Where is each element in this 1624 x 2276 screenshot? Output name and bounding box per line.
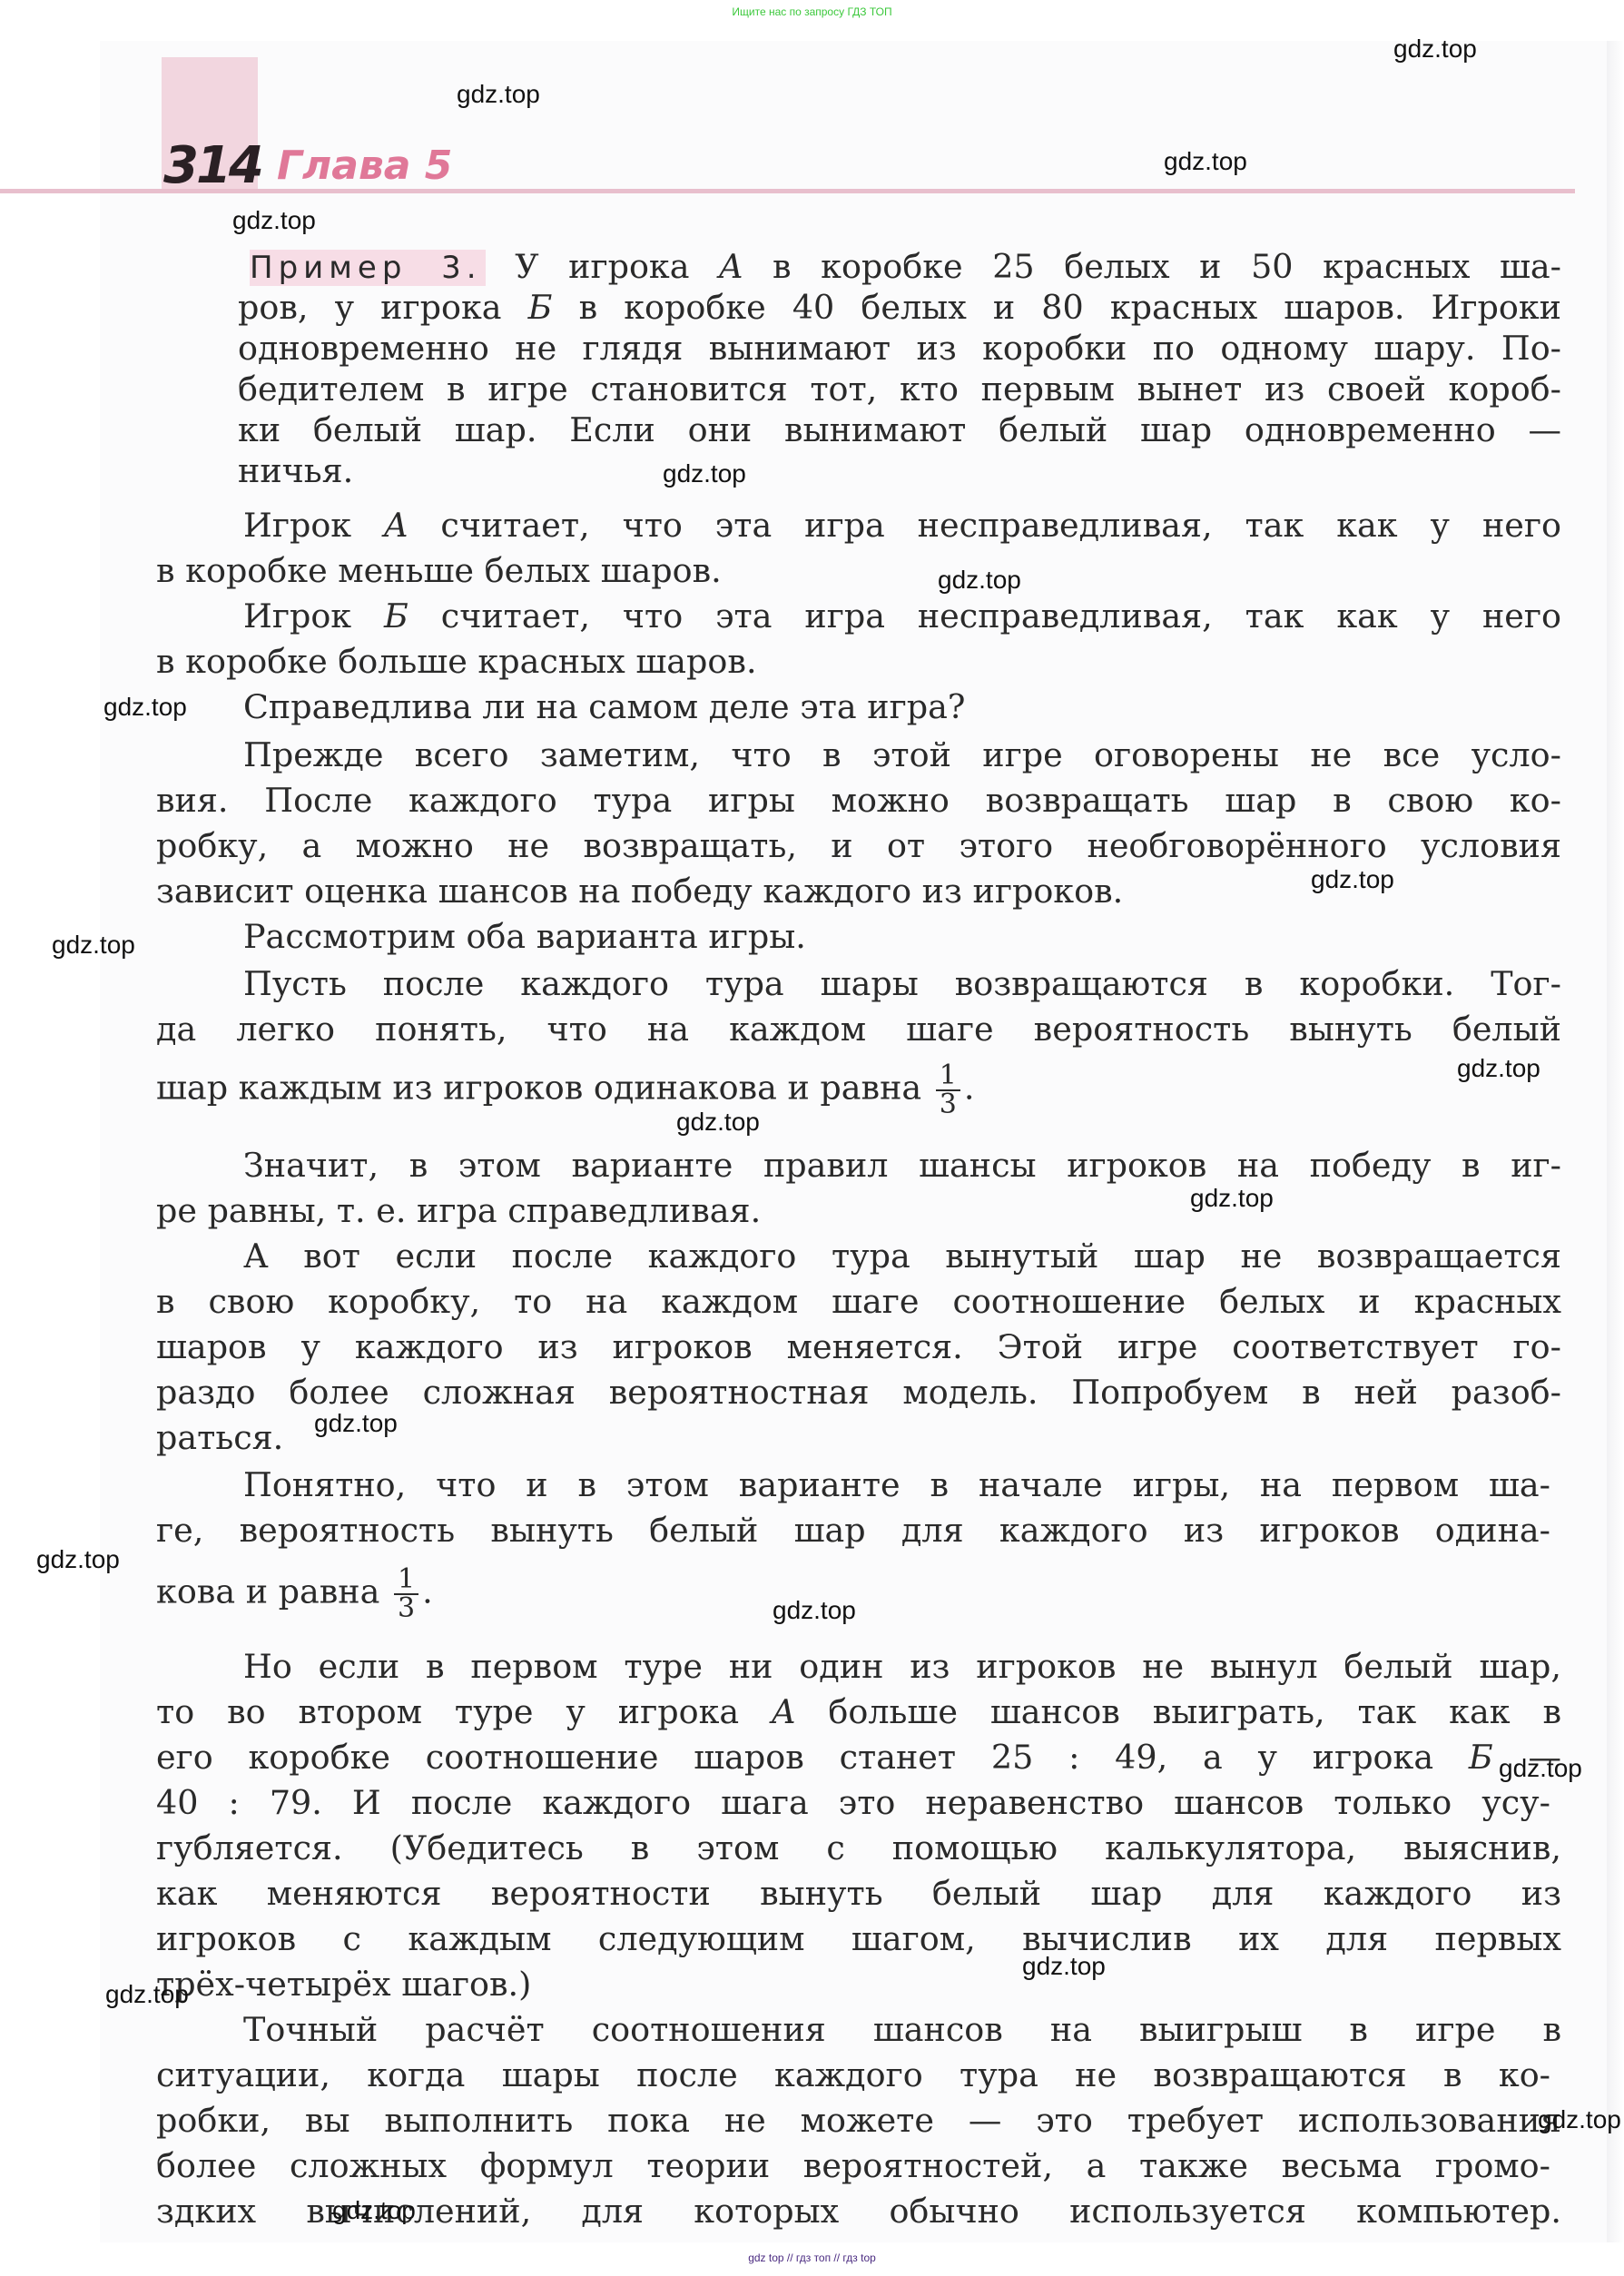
page-edge-shadow — [1607, 41, 1624, 2242]
text-line: шаров у каждого из игроков меняется. Это… — [156, 1325, 1561, 1369]
watermark-label: gdz.top — [1311, 865, 1394, 894]
watermark-label: gdz.top — [314, 1409, 398, 1438]
variable-b: Б — [384, 596, 408, 636]
watermark-label: gdz.top — [52, 931, 135, 960]
watermark-label: gdz.top — [332, 2196, 416, 2225]
watermark-label: gdz.top — [663, 459, 746, 488]
text-line: Значит, в этом варианте правил шансы игр… — [243, 1144, 1561, 1187]
text-span: то во втором туре у игрока — [156, 1692, 739, 1731]
text-line: Рассмотрим оба варианта игры. — [243, 915, 1567, 959]
fraction-numerator: 1 — [936, 1062, 960, 1091]
text-span: ров, у игрока — [238, 288, 502, 327]
text-span: шар каждым из игроков одинакова и равна — [156, 1069, 921, 1108]
text-line: Прежде всего заметим, что в этой игре ог… — [243, 734, 1561, 777]
text-line: Понятно, что и в этом варианте в начале … — [243, 1463, 1550, 1507]
text-line: А вот если после каждого тура вынутый ша… — [243, 1235, 1561, 1278]
watermark-label: gdz.top — [1393, 34, 1477, 64]
text-line: ничья. — [238, 449, 1561, 493]
watermark-label: gdz.top — [676, 1108, 760, 1137]
text-line: то во втором туре у игрока A больше шанс… — [156, 1690, 1561, 1734]
text-line: ре равны, т. е. игра справедливая. — [156, 1189, 1561, 1233]
watermark-label: gdz.top — [105, 1980, 189, 2009]
watermark-label: gdz.top — [1457, 1054, 1540, 1083]
text-line: ге, вероятность вынуть белый шар для каж… — [156, 1509, 1550, 1552]
text-line: 40 : 79. И после каждого шага это нераве… — [156, 1781, 1550, 1825]
text-line: бедителем в игре становится тот, кто пер… — [238, 368, 1561, 411]
text-line: трёх-четырёх шагов.) — [156, 1963, 1561, 2006]
variable-a: A — [719, 247, 743, 286]
text-line: Пусть после каждого тура шары возвращают… — [243, 962, 1561, 1006]
text-line: шар каждым из игроков одинакова и равна … — [156, 1062, 1561, 1118]
fraction-denominator: 3 — [936, 1091, 960, 1118]
bottom-promo-banner[interactable]: gdz top // гдз топ // гдз top — [0, 2251, 1624, 2264]
watermark-label: gdz.top — [938, 566, 1021, 595]
text-line: Игрок A считает, что эта игра несправедл… — [243, 504, 1561, 547]
example-label: Пример 3. — [250, 250, 486, 286]
text-line: его коробке соотношение шаров станет 25 … — [156, 1736, 1561, 1779]
text-span: больше шансов выиграть, так как в — [828, 1692, 1561, 1731]
watermark-label: gdz.top — [1499, 1754, 1582, 1783]
text-line: игроков с каждым следующим шагом, вычисл… — [156, 1917, 1561, 1961]
chapter-title: Глава 5 — [277, 143, 452, 189]
watermark-label: gdz.top — [773, 1596, 856, 1625]
watermark-label: gdz.top — [103, 693, 187, 722]
variable-b: Б — [1469, 1738, 1493, 1777]
text-line: в коробке больше красных шаров. — [156, 640, 1561, 684]
text-line: вия. После каждого тура игры можно возвр… — [156, 779, 1561, 823]
watermark-label: gdz.top — [457, 80, 540, 109]
fraction-denominator: 3 — [394, 1595, 418, 1622]
text-line: Точный расчёт соотношения шансов на выиг… — [243, 2008, 1561, 2052]
fraction-numerator: 1 — [394, 1566, 418, 1595]
text-span: считает, что эта игра несправедливая, та… — [441, 596, 1561, 636]
fraction-one-third: 1 3 — [394, 1566, 418, 1622]
text-line: раздо более сложная вероятностная модель… — [156, 1371, 1561, 1414]
text-span: считает, что эта игра несправедливая, та… — [440, 506, 1561, 545]
text-line: Но если в первом туре ни один из игроков… — [243, 1645, 1561, 1689]
text-span: У игрока — [515, 247, 689, 286]
text-span: Игрок — [243, 596, 351, 636]
text-line: одновременно не глядя вынимают из коробк… — [238, 327, 1561, 370]
text-line: в свою коробку, то на каждом шаге соотно… — [156, 1280, 1561, 1324]
text-line: ки белый шар. Если они вынимают белый ша… — [238, 409, 1561, 452]
text-span: . — [422, 1572, 433, 1611]
text-line: Игрок Б считает, что эта игра несправедл… — [243, 595, 1561, 638]
text-line: ситуации, когда шары после каждого тура … — [156, 2054, 1550, 2097]
variable-a: A — [384, 506, 408, 545]
watermark-label: gdz.top — [1190, 1184, 1274, 1213]
watermark-label: gdz.top — [1022, 1952, 1106, 1981]
text-line: Справедлива ли на самом деле эта игра? — [243, 685, 1567, 729]
text-line: более сложных формул теории вероятностей… — [156, 2144, 1550, 2188]
text-span: Игрок — [243, 506, 351, 545]
page-number: 314 — [163, 136, 261, 195]
watermark-label: gdz.top — [1538, 2105, 1621, 2134]
text-span: кова и равна — [156, 1572, 379, 1611]
watermark-label: gdz.top — [36, 1545, 120, 1574]
text-line: кова и равна 1 3 . — [156, 1566, 1561, 1622]
text-line: робки, вы выполнить пока не можете — это… — [156, 2099, 1561, 2143]
text-span: в коробке 25 белых и 50 красных ша- — [773, 247, 1561, 286]
top-promo-banner[interactable]: Ищите нас по запросу ГДЗ ТОП — [0, 5, 1624, 18]
variable-a: A — [772, 1692, 795, 1731]
text-line: Пример 3. У игрока A в коробке 25 белых … — [250, 245, 1561, 290]
text-line: робку, а можно не возвращать, и от этого… — [156, 824, 1561, 868]
watermark-label: gdz.top — [1164, 147, 1247, 176]
watermark-label: gdz.top — [232, 206, 316, 235]
variable-b: Б — [528, 288, 553, 327]
text-span: его коробке соотношение шаров станет 25 … — [156, 1738, 1433, 1777]
text-line: в коробке меньше белых шаров. — [156, 549, 1561, 593]
fraction-one-third: 1 3 — [936, 1062, 960, 1118]
text-line: губляется. (Убедитесь в этом с помощью к… — [156, 1827, 1561, 1870]
text-span: в коробке 40 белых и 80 красных шаров. И… — [579, 288, 1561, 327]
text-span: . — [964, 1069, 975, 1108]
text-line: как меняются вероятности вынуть белый ша… — [156, 1872, 1561, 1916]
text-line: ров, у игрока Б в коробке 40 белых и 80 … — [238, 286, 1561, 330]
text-line: да легко понять, что на каждом шаге веро… — [156, 1008, 1561, 1051]
